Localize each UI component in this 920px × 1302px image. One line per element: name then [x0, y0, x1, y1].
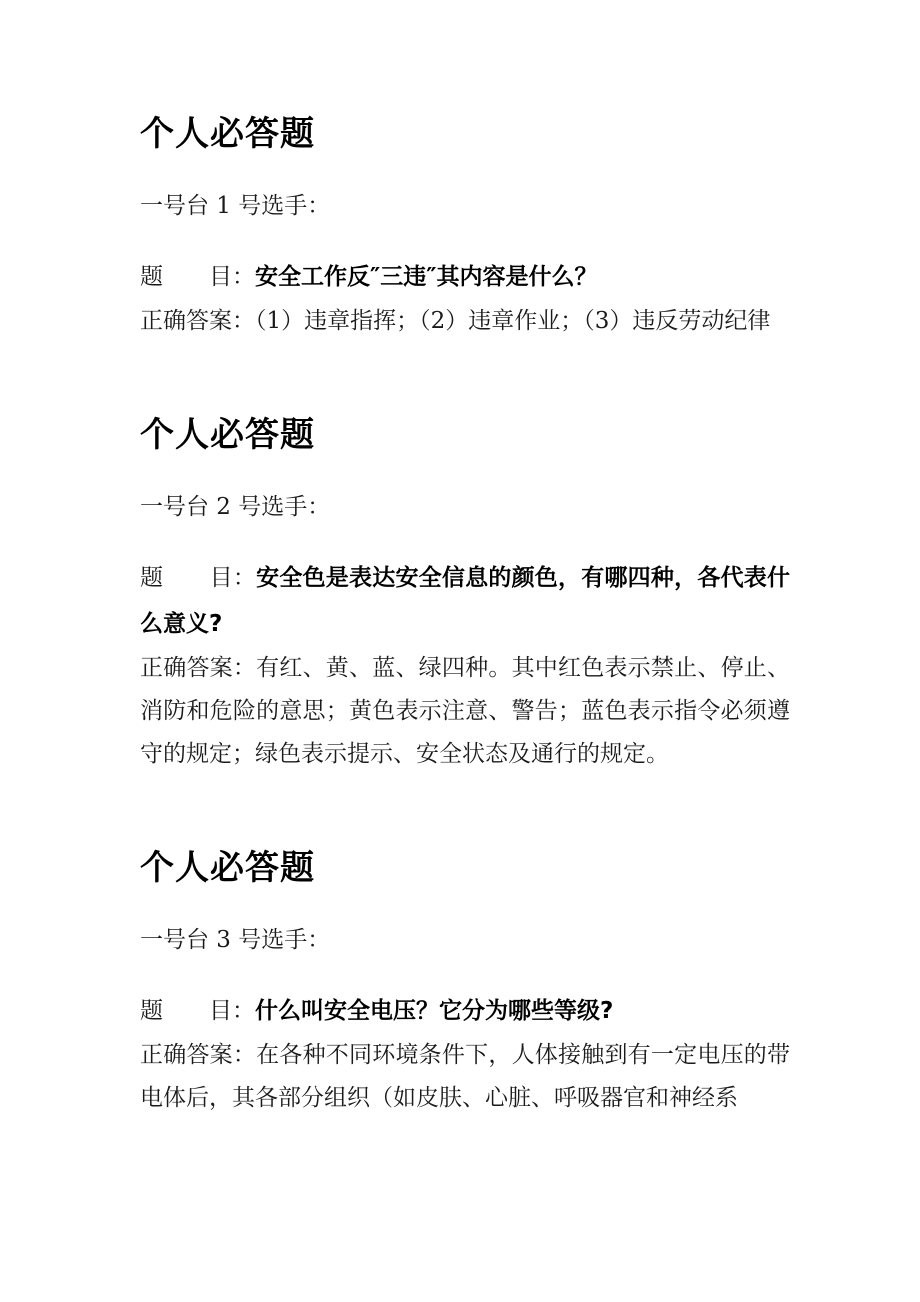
answer-label: 正确答案： — [140, 1042, 256, 1068]
question-section-1: 个人必答题 一号台 1 号选手： 题 目：安全工作反″三违″其内容是什么？ 正确… — [140, 112, 790, 343]
answer-line: 正确答案：在各种不同环境条件下，人体接触到有一定电压的带电体后，其各部分组织（如… — [140, 1034, 790, 1120]
section-heading: 个人必答题 — [140, 846, 790, 890]
question-section-2: 个人必答题 一号台 2 号选手： 题 目：安全色是表达安全信息的颜色，有哪四种，… — [140, 413, 790, 776]
qa-block: 题 目：安全色是表达安全信息的颜色，有哪四种，各代表什么意义? 正确答案：有红、… — [140, 555, 790, 776]
document-page: 个人必答题 一号台 1 号选手： 题 目：安全工作反″三违″其内容是什么？ 正确… — [0, 0, 920, 1302]
section-heading: 个人必答题 — [140, 413, 790, 457]
question-text: 安全工作反″三违″其内容是什么？ — [255, 264, 598, 290]
answer-line: 正确答案：有红、黄、蓝、绿四种。其中红色表示禁止、停止、消防和危险的意思；黄色表… — [140, 647, 790, 776]
answer-label: 正确答案： — [140, 655, 256, 681]
question-label: 题 目： — [140, 565, 256, 591]
contestant-line: 一号台 1 号选手： — [140, 185, 790, 228]
question-label: 题 目： — [140, 998, 255, 1024]
qa-block: 题 目：安全工作反″三违″其内容是什么？ 正确答案：（1）违章指挥；（2）违章作… — [140, 254, 790, 343]
question-section-3: 个人必答题 一号台 3 号选手： 题 目：什么叫安全电压？它分为哪些等级? 正确… — [140, 846, 790, 1120]
qa-block: 题 目：什么叫安全电压？它分为哪些等级? 正确答案：在各种不同环境条件下，人体接… — [140, 988, 790, 1120]
question-line: 题 目：什么叫安全电压？它分为哪些等级? — [140, 988, 790, 1034]
question-line: 题 目：安全色是表达安全信息的颜色，有哪四种，各代表什么意义? — [140, 555, 790, 647]
question-label: 题 目： — [140, 264, 255, 290]
answer-text: （1）违章指挥；（2）违章作业；（3）违反劳动纪律 — [255, 308, 770, 334]
question-text: 什么叫安全电压？它分为哪些等级? — [255, 998, 613, 1024]
question-line: 题 目：安全工作反″三违″其内容是什么？ — [140, 254, 790, 300]
contestant-line: 一号台 2 号选手： — [140, 486, 790, 529]
answer-line: 正确答案：（1）违章指挥；（2）违章作业；（3）违反劳动纪律 — [140, 300, 790, 343]
contestant-line: 一号台 3 号选手： — [140, 919, 790, 962]
answer-label: 正确答案： — [140, 308, 255, 334]
section-heading: 个人必答题 — [140, 112, 790, 156]
